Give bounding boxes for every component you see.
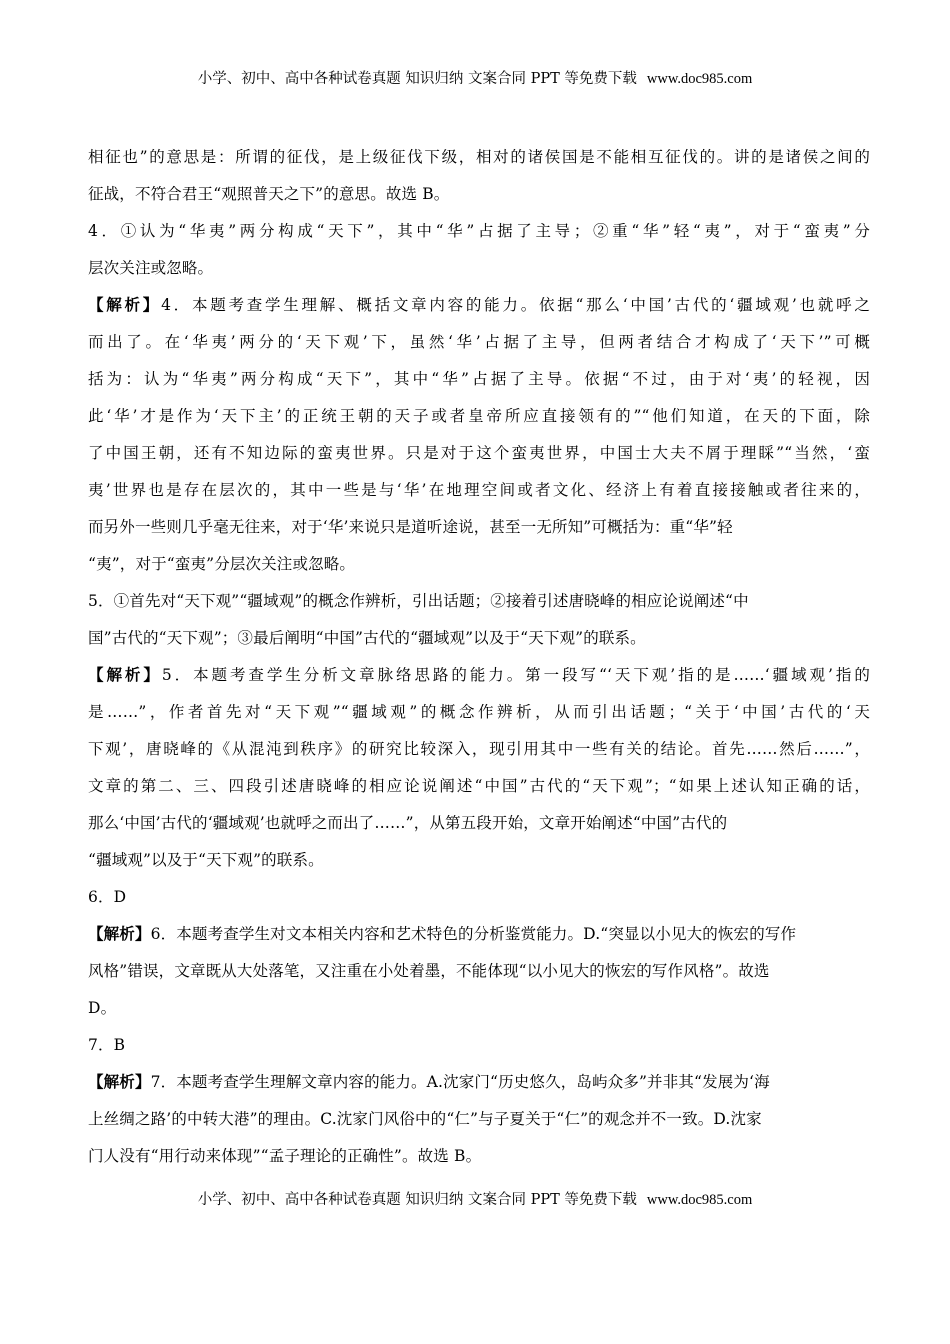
line-text: 5．①首先对“天下观”“疆域观”的概念作辨析，引出话题；②接着引述唐晓峰的相应论…: [88, 592, 749, 610]
text-line: 那么‘中国’古代的‘疆域观’也就呼之而出了……”，从第五段开始，文章开始阐述“中…: [88, 809, 870, 846]
text-line: “疆域观”以及于“天下观”的联系。: [88, 846, 870, 883]
text-line: 此‘华’才是作为‘天下主’的正统王朝的天子或者皇帝所应直接领有的”“他们知道，在…: [88, 402, 870, 439]
document-body: 相征也”的意思是：所谓的征伐，是上级征伐下级，相对的诸侯国是不能相互征伐的。讲的…: [88, 143, 870, 1179]
line-text: 相征也”的意思是：所谓的征伐，是上级征伐下级，相对的诸侯国是不能相互征伐的。讲的…: [88, 148, 870, 166]
header-url: www.doc985.com: [647, 71, 752, 87]
text-line: 国”古代的“天下观”；③最后阐明“中国”古代的“疆域观”以及于“天下观”的联系。: [88, 624, 870, 661]
text-line: D。: [88, 994, 870, 1031]
text-line: 而出了。在‘华夷’两分的‘天下观’下，虽然‘华’占据了主导，但两者结合才构成了‘…: [88, 328, 870, 365]
line-text: 而出了。在‘华夷’两分的‘天下观’下，虽然‘华’占据了主导，但两者结合才构成了‘…: [88, 333, 870, 351]
line-text: 此‘华’才是作为‘天下主’的正统王朝的天子或者皇帝所应直接领有的”“他们知道，在…: [88, 407, 870, 425]
text-line: 上丝绸之路’的中转大港”的理由。C.沈家门风俗中的“仁”与子夏关于“仁”的观念并…: [88, 1105, 870, 1142]
text-line: 4．①认为“华夷”两分构成“天下”，其中“华”占据了主导；②重“华”轻“夷”，对…: [88, 217, 870, 254]
text-line: 层次关注或忽略。: [88, 254, 870, 291]
line-text: 那么‘中国’古代的‘疆域观’也就呼之而出了……”，从第五段开始，文章开始阐述“中…: [88, 814, 727, 832]
page-header: 小学、初中、高中各种试卷真题 知识归纳 文案合同 PPT 等免费下载www.do…: [0, 69, 950, 89]
line-text: 括为：认为“华夷”两分构成“天下”，其中“华”占据了主导。依据“不过，由于对‘夷…: [88, 370, 870, 388]
text-line: 门人没有“用行动来体现”“孟子理论的正确性”。故选 B。: [88, 1142, 870, 1179]
line-text: 门人没有“用行动来体现”“孟子理论的正确性”。故选 B。: [88, 1147, 481, 1165]
analysis-line: 【解析】7．本题考查学生理解文章内容的能力。A.沈家门“历史悠久，岛屿众多”并非…: [88, 1068, 870, 1105]
line-text: 6．D: [88, 888, 126, 906]
line-text: “夷”，对于“蛮夷”分层次关注或忽略。: [88, 555, 355, 573]
line-text: D。: [88, 999, 116, 1017]
text-line: 文章的第二、三、四段引述唐晓峰的相应论说阐述“中国”古代的“天下观”；“如果上述…: [88, 772, 870, 809]
text-line: 相征也”的意思是：所谓的征伐，是上级征伐下级，相对的诸侯国是不能相互征伐的。讲的…: [88, 143, 870, 180]
line-text: 4．①认为“华夷”两分构成“天下”，其中“华”占据了主导；②重“华”轻“夷”，对…: [88, 222, 870, 240]
line-text: 风格”错误，文章既从大处落笔，又注重在小处着墨，不能体现“以小见大的恢宏的写作风…: [88, 962, 770, 980]
line-text: 7．本题考查学生理解文章内容的能力。A.沈家门“历史悠久，岛屿众多”并非其“发展…: [151, 1073, 770, 1091]
text-line: 括为：认为“华夷”两分构成“天下”，其中“华”占据了主导。依据“不过，由于对‘夷…: [88, 365, 870, 402]
text-line: 7．B: [88, 1031, 870, 1068]
line-text: 了中国王朝，还有不知边际的蛮夷世界。只是对于这个蛮夷世界，中国士大夫不屑于理睬”…: [88, 444, 870, 462]
text-line: 夷’世界也是存在层次的，其中一些是与‘华’在地理空间或者文化、经济上有着直接接触…: [88, 476, 870, 513]
text-line: 是……”，作者首先对“天下观”“疆域观”的概念作辨析，从而引出话题；“关于‘中国…: [88, 698, 870, 735]
line-text: 4．本题考查学生理解、概括文章内容的能力。依据“那么‘中国’古代的‘疆域观’也就…: [161, 296, 870, 314]
text-line: 征战，不符合君王“观照普天之下”的意思。故选 B。: [88, 180, 870, 217]
analysis-label: 【解析】: [88, 295, 161, 314]
analysis-line: 【解析】6．本题考查学生对文本相关内容和艺术特色的分析鉴赏能力。D.“突显以小见…: [88, 920, 870, 957]
text-line: 下观’，唐晓峰的《从混沌到秩序》的研究比较深入，现引用其中一些有关的结论。首先……: [88, 735, 870, 772]
line-text: 文章的第二、三、四段引述唐晓峰的相应论说阐述“中国”古代的“天下观”；“如果上述…: [88, 777, 870, 795]
line-text: 国”古代的“天下观”；③最后阐明“中国”古代的“疆域观”以及于“天下观”的联系。: [88, 629, 646, 647]
text-line: 风格”错误，文章既从大处落笔，又注重在小处着墨，不能体现“以小见大的恢宏的写作风…: [88, 957, 870, 994]
analysis-label: 【解析】: [88, 665, 162, 684]
footer-text: 小学、初中、高中各种试卷真题 知识归纳 文案合同 PPT 等免费下载: [198, 1192, 637, 1208]
analysis-line: 【解析】5．本题考查学生分析文章脉络思路的能力。第一段写“‘天下观’指的是……‘…: [88, 661, 870, 698]
line-text: 是……”，作者首先对“天下观”“疆域观”的概念作辨析，从而引出话题；“关于‘中国…: [88, 703, 870, 721]
analysis-label: 【解析】: [88, 1072, 151, 1091]
header-text: 小学、初中、高中各种试卷真题 知识归纳 文案合同 PPT 等免费下载: [198, 71, 637, 87]
analysis-label: 【解析】: [88, 924, 151, 943]
line-text: 下观’，唐晓峰的《从混沌到秩序》的研究比较深入，现引用其中一些有关的结论。首先……: [88, 740, 870, 758]
text-line: 5．①首先对“天下观”“疆域观”的概念作辨析，引出话题；②接着引述唐晓峰的相应论…: [88, 587, 870, 624]
line-text: 5．本题考查学生分析文章脉络思路的能力。第一段写“‘天下观’指的是……‘疆域观’…: [162, 666, 870, 684]
line-text: 征战，不符合君王“观照普天之下”的意思。故选 B。: [88, 185, 449, 203]
text-line: 6．D: [88, 883, 870, 920]
page-footer: 小学、初中、高中各种试卷真题 知识归纳 文案合同 PPT 等免费下载www.do…: [0, 1190, 950, 1210]
line-text: 而另外一些则几乎毫无往来，对于‘华’来说只是道听途说，甚至一无所知”可概括为：重…: [88, 518, 733, 536]
text-line: 而另外一些则几乎毫无往来，对于‘华’来说只是道听途说，甚至一无所知”可概括为：重…: [88, 513, 870, 550]
text-line: “夷”，对于“蛮夷”分层次关注或忽略。: [88, 550, 870, 587]
footer-url: www.doc985.com: [647, 1192, 752, 1208]
text-line: 了中国王朝，还有不知边际的蛮夷世界。只是对于这个蛮夷世界，中国士大夫不屑于理睬”…: [88, 439, 870, 476]
analysis-line: 【解析】4．本题考查学生理解、概括文章内容的能力。依据“那么‘中国’古代的‘疆域…: [88, 291, 870, 328]
line-text: 层次关注或忽略。: [88, 259, 213, 277]
line-text: 7．B: [88, 1036, 125, 1054]
line-text: 夷’世界也是存在层次的，其中一些是与‘华’在地理空间或者文化、经济上有着直接接触…: [88, 481, 870, 499]
line-text: 上丝绸之路’的中转大港”的理由。C.沈家门风俗中的“仁”与子夏关于“仁”的观念并…: [88, 1110, 762, 1128]
line-text: “疆域观”以及于“天下观”的联系。: [88, 851, 324, 869]
line-text: 6．本题考查学生对文本相关内容和艺术特色的分析鉴赏能力。D.“突显以小见大的恢宏…: [151, 925, 797, 943]
